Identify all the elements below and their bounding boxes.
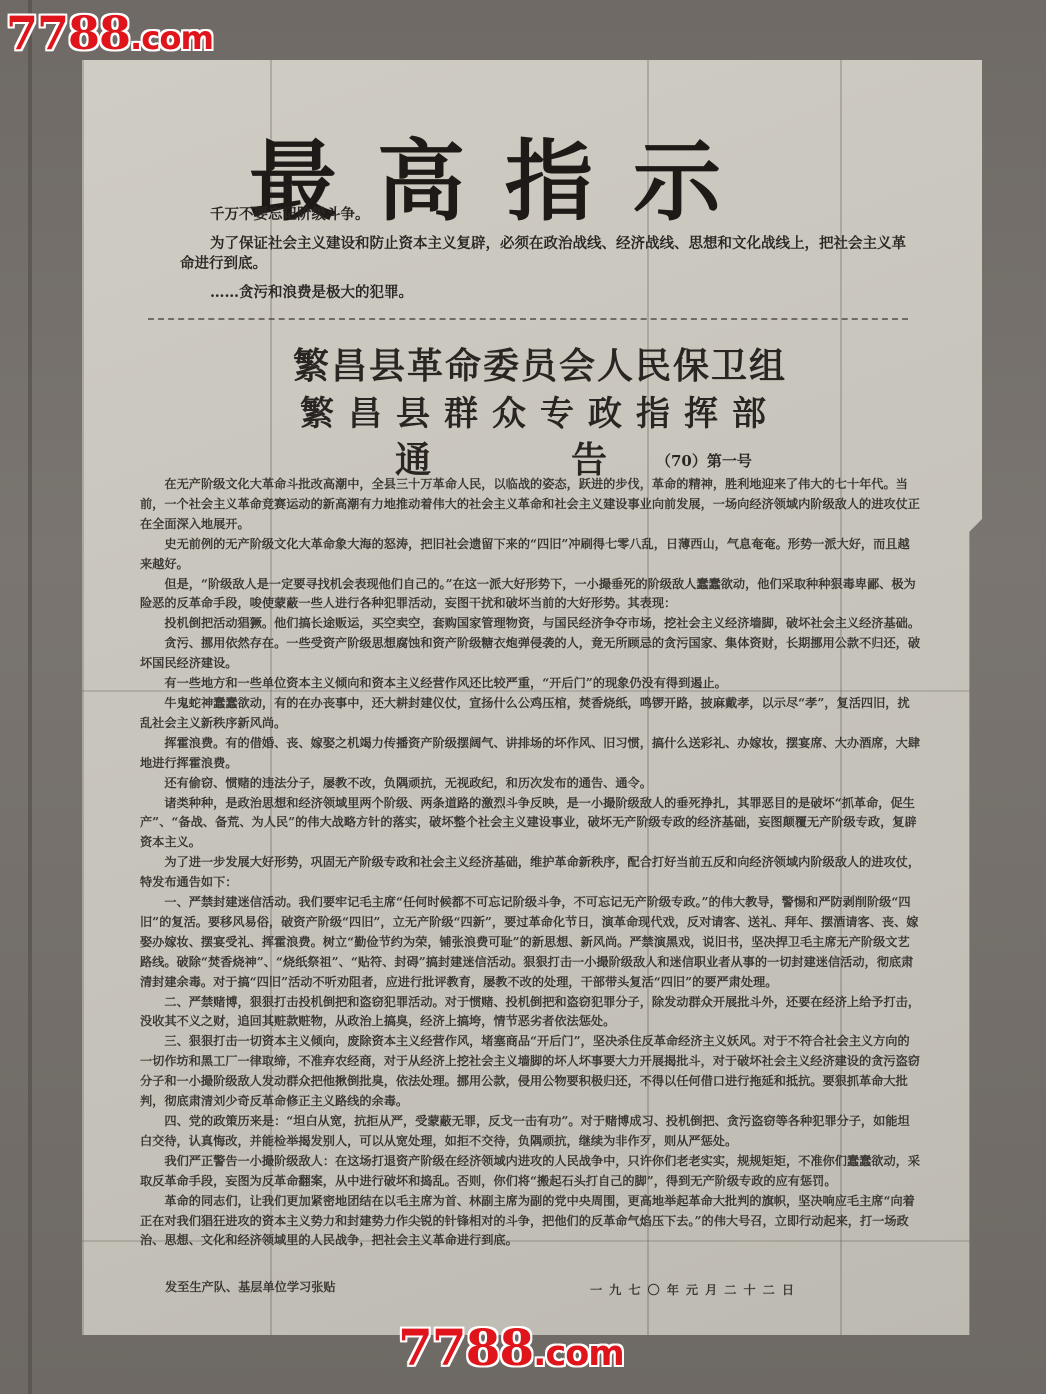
quotation-block: 千万不要忘记阶级斗争。 为了保证社会主义建设和防止资本主义复辟，必须在政治战线、…	[180, 205, 920, 312]
body-paragraph: 诸类种种，是政治思想和经济领域里两个阶级、两条道路的激烈斗争反映，是一小撮阶级敌…	[140, 794, 920, 854]
dashed-divider	[148, 318, 908, 320]
issuer-line-1: 繁昌县革命委员会人民保卫组	[270, 338, 810, 389]
site-watermark: 7788.com	[6, 6, 213, 60]
body-paragraph: 挥霍浪费。有的借婚、丧、嫁娶之机竭力传播资产阶级摆阔气、讲排场的坏作风、旧习惯，…	[140, 734, 920, 774]
issuer-line-2: 繁昌县群众专政指挥部	[270, 386, 810, 435]
notice-body: 在无产阶级文化大革命斗批改高潮中，全县三十万革命人民，以临战的姿态，跃进的步伐，…	[140, 475, 920, 1251]
body-paragraph: 还有偷窃、惯赌的违法分子，屡教不改，负隅顽抗，无视政纪，和历次发布的通告、通令。	[140, 774, 920, 794]
body-paragraph: 在无产阶级文化大革命斗批改高潮中，全县三十万革命人民，以临战的姿态，跃进的步伐，…	[140, 475, 920, 535]
document-number: （70）第一号	[656, 450, 752, 471]
body-paragraph: 我们严正警告一小撮阶级敌人：在这场打退资产阶级在经济领域内进攻的人民战争中，只许…	[140, 1152, 920, 1192]
distribution-note: 发至生产队、基层单位学习张贴	[165, 1278, 336, 1295]
issue-date: 一九七〇年元月二十二日	[590, 1281, 801, 1298]
quote-line: ……贪污和浪费是极大的犯罪。	[180, 283, 920, 303]
watermark-number: 7788	[6, 6, 130, 60]
watermark-suffix: .com	[533, 1334, 624, 1374]
body-paragraph: 一、严禁封建迷信活动。我们要牢记毛主席“任何时候都不可忘记阶级斗争，不可忘记无产…	[140, 893, 920, 993]
wall-seam	[28, 0, 32, 1394]
body-paragraph: 四、党的政策历来是：“坦白从宽，抗拒从严，受蒙蔽无罪，反戈一击有功”。对于赌博成…	[140, 1112, 920, 1152]
body-paragraph: 三、狠狠打击一切资本主义倾向，废除资本主义经营作风，堵塞商品“开后门”，坚决杀住…	[140, 1032, 920, 1112]
quote-line: 千万不要忘记阶级斗争。	[180, 205, 920, 225]
fold-line	[82, 60, 84, 1335]
body-paragraph: 但是，“阶级敌人是一定要寻找机会表现他们自己的。”在这一派大好形势下，一小撮垂死…	[140, 575, 920, 615]
body-paragraph: 二、严禁赌博，狠狠打击投机倒把和盗窃犯罪活动。对于惯赌、投机倒把和盗窃犯罪分子，…	[140, 993, 920, 1033]
body-paragraph: 为了进一步发展大好形势，巩固无产阶级专政和社会主义经济基础，维护革命新秩序，配合…	[140, 853, 920, 893]
watermark-suffix: .com	[130, 19, 213, 57]
body-paragraph: 史无前例的无产阶级文化大革命象大海的怒涛，把旧社会遗留下来的“四旧”冲刷得七零八…	[140, 535, 920, 575]
watermark-number: 7788	[398, 1318, 533, 1377]
body-paragraph: 革命的同志们，让我们更加紧密地团结在以毛主席为首、林副主席为副的党中央周围，更高…	[140, 1192, 920, 1252]
body-paragraph: 投机倒把活动猖獗。他们搞长途贩运，买空卖空，套购国家管理物资，与国民经济争夺市场…	[140, 614, 920, 634]
body-paragraph: 有一些地方和一些单位资本主义倾向和资本主义经营作风还比较严重，“开后门”的现象仍…	[140, 674, 920, 694]
quote-line: 为了保证社会主义建设和防止资本主义复辟，必须在政治战线、经济战线、思想和文化战线…	[150, 234, 920, 274]
site-watermark: 7788.com	[398, 1318, 624, 1377]
body-paragraph: 牛鬼蛇神蠢蠢欲动，有的在办丧事中，还大耕封建仪仗，宣扬什么公鸡压棺，焚香烧纸，鸣…	[140, 694, 920, 734]
body-paragraph: 贪污、挪用依然存在。一些受资产阶级思想腐蚀和资产阶级糖衣炮弹侵袭的人，竟无所顾忌…	[140, 634, 920, 674]
